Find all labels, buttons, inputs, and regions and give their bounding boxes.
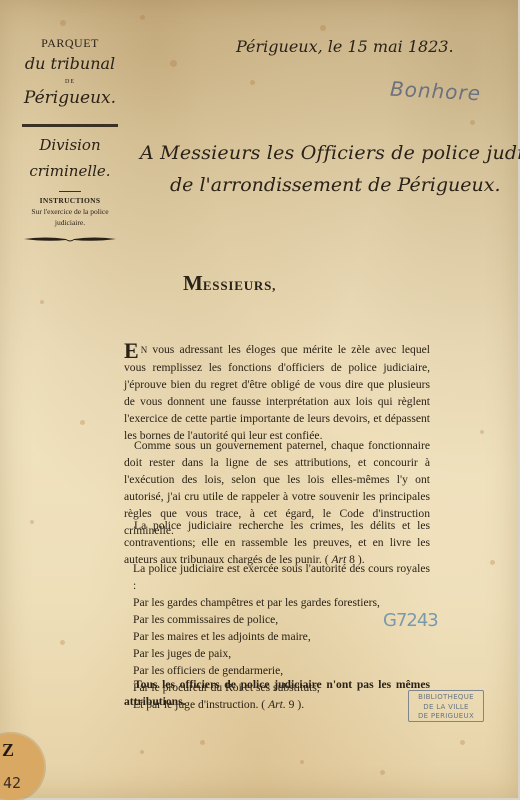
document-page: PARQUET du tribunal DE Périgueux. Divisi… xyxy=(0,0,518,798)
header-divider xyxy=(22,124,118,127)
city-label: Périgueux. xyxy=(22,88,118,108)
list-line: La police judiciaire est exercée sous l'… xyxy=(124,560,430,594)
inventory-stamp: G7243 xyxy=(383,610,438,631)
instructions-title: INSTRUCTIONS xyxy=(22,196,118,205)
list-line: Par les juges de paix, xyxy=(124,645,430,662)
address-line-2: de l'arrondissement de Périgueux. xyxy=(170,174,501,196)
short-divider xyxy=(59,191,81,192)
date-line: Périgueux, le 15 mai 1823. xyxy=(236,37,454,56)
shelf-mark-letter: Z xyxy=(2,740,14,761)
address-line-1: A Messieurs les Officiers de police judi… xyxy=(140,142,520,164)
paragraph-1: EN vous adressant les éloges que mérite … xyxy=(124,341,430,444)
de-label: DE xyxy=(22,79,118,85)
tribunal-label: du tribunal xyxy=(22,54,118,73)
shelf-mark-number: 42 xyxy=(3,774,21,792)
salutation-initial: M xyxy=(183,271,203,295)
criminelle-label: criminelle. xyxy=(22,162,118,180)
instructions-subtitle: Sur l'exercice de la police judiciaire. xyxy=(18,206,122,228)
list-line: Par les gardes champêtres et par les gar… xyxy=(124,594,430,611)
parquet-label: PARQUET xyxy=(22,36,118,51)
division-label: Division xyxy=(22,136,118,154)
library-stamp: BIBLIOTHEQUE DE LA VILLE DE PERIGUEUX xyxy=(408,690,484,722)
paragraph-5: Tous les officiers de police judiciaire … xyxy=(124,676,430,710)
salutation: MESSIEURS, xyxy=(183,271,276,296)
drop-cap: E xyxy=(124,344,139,358)
handwritten-signature: Bonhore xyxy=(389,77,481,106)
salutation-rest: ESSIEURS, xyxy=(203,278,276,293)
ornament-flourish-icon xyxy=(22,235,118,243)
